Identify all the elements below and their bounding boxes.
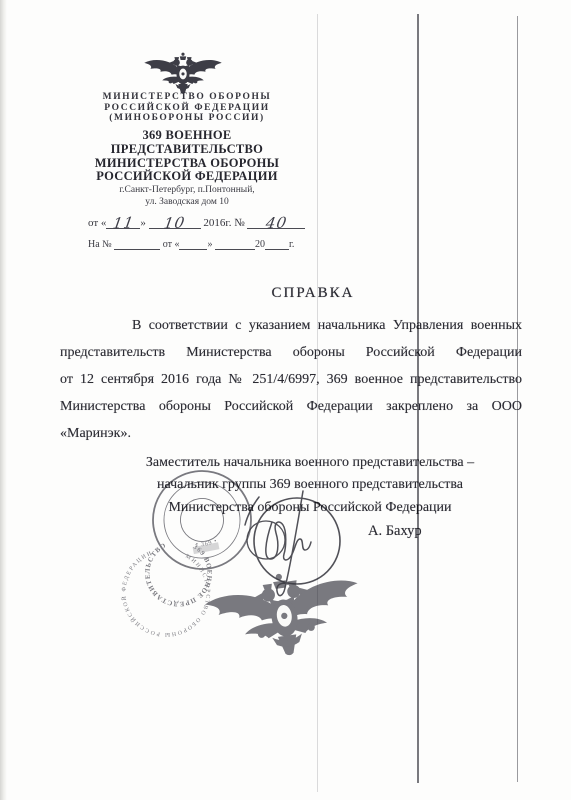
reference-line: На № от «» 20г.: [88, 237, 294, 250]
handwritten-day: 11: [111, 213, 135, 232]
body-line: от 12 сентября 2016 года № 251/4/6997, 3…: [60, 366, 522, 393]
svg-text:• 369 •: • 369 •: [194, 538, 219, 550]
fold-line-faint: [317, 14, 318, 792]
ref-na-label: На №: [88, 239, 112, 250]
body-line: В соответствии с указанием начальника Уп…: [60, 312, 522, 339]
address-block: г.Санкт-Петербург, п.Понтонный, ул. Заво…: [62, 185, 312, 208]
body-line: «Маринэк».: [60, 420, 522, 447]
scan-edge-shadow: [0, 0, 7, 800]
stamp-banner: [193, 542, 220, 554]
svg-text:МИНИСТЕРСТВО ОБОРОНЫ РОССИЙСКО: МИНИСТЕРСТВО ОБОРОНЫ РОССИЙСКОЙ ФЕДЕРАЦИ…: [114, 543, 216, 643]
body-line: представительств Министерства обороны Ро…: [60, 339, 522, 366]
stamp-bottom-text: • 369 •: [194, 538, 219, 550]
ref-ot-label: от «: [163, 239, 180, 250]
ministry-line: РОССИЙСКОЙ ФЕДЕРАЦИИ: [62, 103, 312, 114]
document-title: СПРАВКА: [60, 285, 544, 302]
date-number-line: от «11» 10 2016г. № 40: [88, 213, 305, 229]
stamp-eagle-icon: [202, 563, 366, 666]
svg-text:369 ВОЕННОЕ ПРЕДСТАВИТЕЛЬСТВО: 369 ВОЕННОЕ ПРЕДСТАВИТЕЛЬСТВО: [140, 536, 217, 612]
unit-line: 369 ВОЕННОЕ: [62, 129, 312, 143]
signatory-name: А. Бахур: [368, 523, 422, 540]
address-line: г.Санкт-Петербург, п.Понтонный,: [62, 185, 312, 197]
unit-line: МИНИСТЕРСТВА ОБОРОНЫ: [62, 157, 312, 171]
signatory-title-line: Заместитель начальника военного представ…: [75, 452, 545, 474]
ref-number-field: [114, 237, 160, 250]
date-month-field: 10: [149, 213, 201, 229]
ref-year-prefix: 20: [255, 239, 265, 250]
signatory-title-line: Министерства обороны Российской Федераци…: [75, 497, 545, 519]
ministry-line: (МИНОБОРОНЫ РОССИИ): [62, 113, 312, 124]
date-year-label: 2016г. №: [203, 217, 244, 229]
stamp-outer-ring-text: МИНИСТЕРСТВО ОБОРОНЫ РОССИЙСКОЙ ФЕДЕРАЦИ…: [114, 543, 216, 643]
ref-month-field: [215, 237, 255, 250]
stamp-inner-ring-text: 369 ВОЕННОЕ ПРЕДСТАВИТЕЛЬСТВО: [140, 536, 217, 612]
fold-line-medium: [517, 16, 518, 782]
signatory-title-line: начальник группы 369 военного представит…: [75, 474, 545, 496]
date-prefix: от «: [88, 217, 106, 229]
handwritten-month: 10: [163, 213, 187, 232]
ministry-name-block: МИНИСТЕРСТВО ОБОРОНЫ РОССИЙСКОЙ ФЕДЕРАЦИ…: [62, 92, 312, 124]
ref-year-suffix: г.: [289, 239, 294, 250]
doc-number-field: 40: [247, 213, 305, 229]
body-line: Министерства обороны Российской Федераци…: [60, 393, 522, 420]
ministry-line: МИНИСТЕРСТВО ОБОРОНЫ: [62, 92, 312, 103]
fold-line-dark: [417, 14, 419, 783]
address-line: ул. Заводская дом 10: [62, 197, 312, 209]
body-paragraph: В соответствии с указанием начальника Уп…: [60, 312, 522, 447]
unit-line: ПРЕДСТАВИТЕЛЬСТВО: [62, 143, 312, 157]
military-unit-block: 369 ВОЕННОЕ ПРЕДСТАВИТЕЛЬСТВО МИНИСТЕРСТ…: [62, 129, 312, 184]
ref-close-quote: »: [207, 239, 212, 250]
ref-day-field: [179, 237, 207, 250]
ref-year-field: [265, 237, 289, 250]
date-day-field: 11: [106, 213, 140, 229]
signatory-title-block: Заместитель начальника военного представ…: [75, 452, 545, 519]
date-close-quote: »: [140, 217, 146, 229]
handwritten-number: 40: [264, 213, 288, 232]
scanned-certificate-page: МИНИСТЕРСТВО ОБОРОНЫ РОССИЙСКОЙ ФЕДЕРАЦИ…: [0, 0, 571, 800]
unit-line: РОССИЙСКОЙ ФЕДЕРАЦИИ: [62, 170, 312, 184]
